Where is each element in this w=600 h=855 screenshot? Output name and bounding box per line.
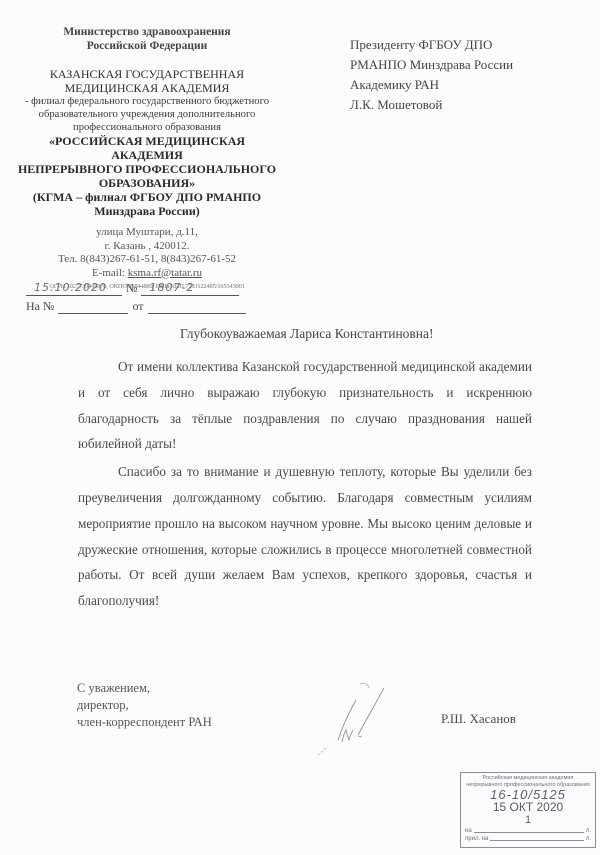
outgoing-number-row: 15.10.2020 № 1807-2 — [26, 280, 276, 296]
ministry-name: Министерство здравоохранения Российской … — [14, 26, 280, 53]
body-paragraph: От имени коллектива Казанской государств… — [78, 354, 532, 457]
reference-number-field — [58, 299, 128, 314]
salutation: Глубокоуважаемая Лариса Константиновна! — [180, 326, 434, 342]
from-label: от — [128, 299, 147, 314]
closing-block: С уважением, директор, член-корреспонден… — [77, 680, 212, 731]
stamp-mark: 1 — [461, 814, 595, 826]
email-line: E-mail: ksma.rf@tatar.ru — [14, 267, 280, 281]
incoming-stamp: Российская медицинская академия непрерыв… — [460, 772, 596, 848]
branch-description: - филиал федерального государственного б… — [14, 95, 280, 134]
phone-numbers: Тел. 8(843)267-61-51, 8(843)267-61-52 — [14, 253, 280, 267]
email-link[interactable]: ksma.rf@tatar.ru — [128, 267, 202, 279]
stamp-pages-row: на л. — [461, 826, 595, 834]
reference-label: На № — [26, 299, 58, 314]
stamp-date: 15 ОКТ 2020 — [461, 801, 595, 814]
signature-icon — [308, 680, 398, 760]
organization-abbreviation: (КГМА – филиал ФГБОУ ДПО РМАНПО Минздрав… — [14, 190, 280, 218]
stamp-attachments-row: прил. на л. — [461, 834, 595, 842]
letter-page: Министерство здравоохранения Российской … — [0, 0, 600, 855]
addressee-block: Президенту ФГБОУ ДПО РМАНПО Минздрава Ро… — [350, 35, 513, 115]
letterhead: Министерство здравоохранения Российской … — [14, 26, 280, 290]
registration-block: 15.10.2020 № 1807-2 На № от — [26, 280, 276, 316]
parent-organization: «РОССИЙСКАЯ МЕДИЦИНСКАЯ АКАДЕМИЯ НЕПРЕРЫ… — [14, 134, 280, 190]
date-field: 15.10.2020 — [26, 281, 122, 296]
handwritten-date: 15.10.2020 — [34, 281, 107, 294]
organization-name: КАЗАНСКАЯ ГОСУДАРСТВЕННАЯ МЕДИЦИНСКАЯ АК… — [14, 67, 280, 95]
reference-date-field — [148, 299, 246, 314]
contact-address: улица Муштари, д.11, г. Казань , 420012.… — [14, 226, 280, 280]
body-paragraph: Спасибо за то внимание и душевную теплот… — [78, 459, 532, 614]
signer-name: Р.Ш. Хасанов — [441, 711, 516, 727]
reference-row: На № от — [26, 298, 276, 314]
letter-body: От имени коллектива Казанской государств… — [78, 354, 532, 614]
number-field: 1807-2 — [141, 281, 239, 296]
number-label: № — [122, 281, 141, 296]
handwritten-number: 1807-2 — [149, 281, 194, 294]
